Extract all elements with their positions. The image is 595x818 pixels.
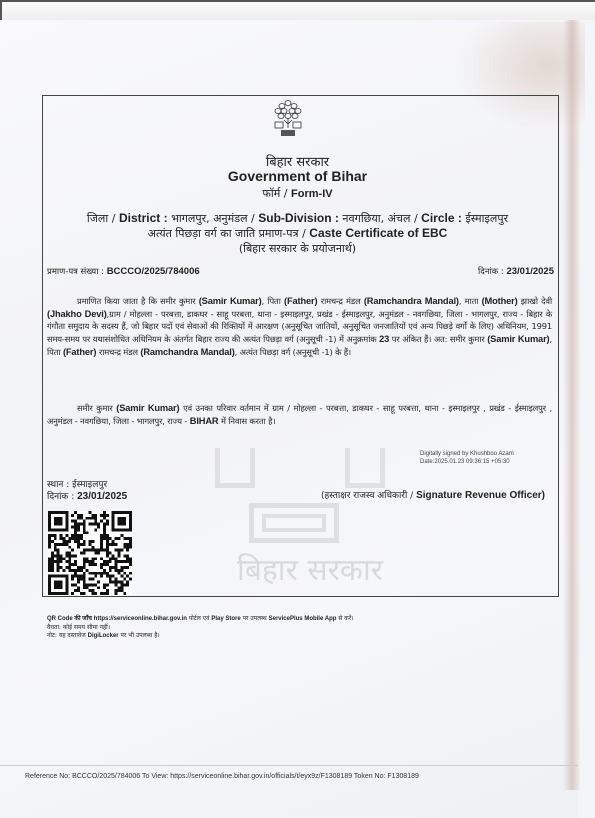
bold-text: (Ramchandra Mandal) bbox=[140, 347, 234, 357]
certificate-purpose: (बिहार सरकार के प्रयोजनार्थ) bbox=[0, 241, 595, 256]
issue-date: दिनांक : 23/01/2025 bbox=[47, 491, 127, 503]
bold-text: (Samir Kumar) bbox=[116, 403, 179, 413]
district-label: District : bbox=[119, 211, 168, 225]
watermark-text: बिहार सरकार bbox=[185, 548, 435, 589]
signature-caption-english: Signature Revenue Officer) bbox=[416, 490, 545, 501]
certificate-number: प्रमाण-पत्र संख्या : BCCCO/2025/784006 bbox=[47, 266, 200, 277]
digital-signature-signer: Digitally signed by Khushboo Azam bbox=[420, 450, 514, 458]
location-line: जिला / District : भागलपुर, अनुमंडल / Sub… bbox=[0, 211, 595, 226]
watermark-emblem-icon bbox=[249, 503, 339, 543]
certificate-title: अत्यंत पिछड़ा वर्ग का जाति प्रमाण-पत्र /… bbox=[0, 226, 595, 241]
body-text: , अत्यंत पिछड़ा वर्ग (अनुसूची -1) के हैं… bbox=[235, 347, 351, 357]
digilocker-note: नोट: यह दस्तावेज DigiLocker पर भी उपलब्ध… bbox=[47, 632, 354, 641]
form-label-hindi: फॉर्म / bbox=[262, 187, 287, 200]
certificate-date-label: दिनांक : bbox=[478, 267, 504, 277]
signature-caption: (हस्ताक्षर राजस्व अधिकारी / Signature Re… bbox=[321, 488, 545, 501]
footer-reference: Reference No: BCCCO/2025/784006 To View:… bbox=[25, 773, 419, 780]
form-label-english: Form-IV bbox=[291, 188, 333, 200]
watermark-swastika-left-icon bbox=[215, 448, 255, 488]
gov-english-title: Government of Bihar bbox=[0, 168, 595, 184]
issue-date-value: 23/01/2025 bbox=[77, 491, 127, 502]
bold-text: (Father) bbox=[63, 347, 96, 357]
certificate-reference-line: प्रमाण-पत्र संख्या : BCCCO/2025/784006 द… bbox=[47, 266, 554, 277]
certificate-number-value: BCCCO/2025/784006 bbox=[107, 266, 200, 277]
certificate-title-english: Caste Certificate of EBC bbox=[309, 226, 447, 240]
certificate-title-hindi: अत्यंत पिछड़ा वर्ग का जाति प्रमाण-पत्र / bbox=[148, 227, 306, 240]
body-text: में निवास करता है। bbox=[218, 416, 275, 426]
signature-caption-hindi: (हस्ताक्षर राजस्व अधिकारी / bbox=[321, 491, 413, 501]
certificate-date-value: 23/01/2025 bbox=[506, 266, 554, 277]
digilocker-note-post: पर भी उपलब्ध है। bbox=[119, 632, 160, 639]
issue-date-label: दिनांक : bbox=[47, 492, 74, 502]
circle-label: Circle : bbox=[421, 211, 462, 225]
torn-paper-edge bbox=[563, 20, 581, 790]
digilocker-note-pre: नोट: यह दस्तावेज bbox=[47, 632, 88, 639]
district-label-hindi: जिला / bbox=[87, 212, 116, 225]
body-text: समीर कुमार bbox=[77, 403, 116, 413]
bold-text: (Ramchandra Mandal) bbox=[364, 296, 459, 306]
validity-note: वैधता: कोई समय सीमा नहीं। bbox=[47, 624, 354, 633]
subdivision-label: Sub-Division : bbox=[258, 211, 339, 225]
qr-note-mid: पोर्टल एवं bbox=[187, 615, 211, 622]
qr-code-icon[interactable] bbox=[48, 511, 132, 595]
verification-notes: QR Code की जाँच https://serviceonline.bi… bbox=[47, 615, 354, 641]
form-number: फॉर्म / Form-IV bbox=[0, 186, 595, 201]
certificate-number-label: प्रमाण-पत्र संख्या : bbox=[47, 267, 104, 277]
bold-text: BIHAR bbox=[190, 416, 219, 426]
certification-paragraph: प्रमाणित किया जाता है कि समीर कुमार (Sam… bbox=[47, 295, 552, 359]
bihar-emblem-icon bbox=[270, 98, 306, 138]
bold-text: 23 bbox=[379, 334, 389, 344]
place-date-block: स्थान : ईस्माइलपुर दिनांक : 23/01/2025 bbox=[47, 479, 127, 503]
body-text: , माता bbox=[459, 296, 482, 306]
certificate-date: दिनांक : 23/01/2025 bbox=[478, 266, 554, 277]
scan-top-edge bbox=[0, 0, 595, 20]
body-text: रामचन्द्र मंडल bbox=[317, 296, 363, 306]
serviceplus-app-text: ServicePlus Mobile App bbox=[269, 616, 337, 622]
play-store-text: Play Store bbox=[211, 616, 240, 622]
digilocker-text: DigiLocker bbox=[88, 633, 119, 639]
qr-note-pre: QR Code की जाँच bbox=[47, 616, 94, 622]
bold-text: (Jhakho Devi) bbox=[47, 309, 107, 319]
bold-text: (Father) bbox=[284, 296, 317, 306]
qr-note-post: से करें। bbox=[336, 615, 353, 622]
place: स्थान : ईस्माइलपुर bbox=[47, 479, 127, 491]
place-label: स्थान : bbox=[47, 480, 69, 490]
place-value: ईस्माइलपुर bbox=[72, 480, 107, 490]
body-text: प्रमाणित किया जाता है कि समीर कुमार bbox=[77, 296, 199, 306]
district-value: भागलपुर, अनुमंडल / bbox=[171, 212, 255, 225]
residence-paragraph: समीर कुमार (Samir Kumar) एवं उनका परिवार… bbox=[47, 402, 552, 427]
bold-text: (Samir Kumar) bbox=[199, 296, 262, 306]
qr-note-mid2: पर उपलब्ध bbox=[241, 615, 269, 622]
body-text: , पिता bbox=[262, 296, 284, 306]
circle-value: ईस्माइलपुर bbox=[465, 212, 508, 225]
qr-verification-note: QR Code की जाँच https://serviceonline.bi… bbox=[47, 615, 354, 624]
watermark-swastika-right-icon bbox=[345, 448, 385, 488]
body-text: पर अंकित हैं। अत: समीर कुमार bbox=[389, 334, 487, 344]
digital-signature: Digitally signed by Khushboo Azam Date:2… bbox=[420, 450, 514, 466]
body-text: रामचन्द्र मंडल bbox=[96, 347, 140, 357]
bold-text: (Mother) bbox=[482, 296, 518, 306]
digital-signature-date: Date:2025.01.23 09:36:15 +05:30 bbox=[420, 458, 514, 466]
body-text: झाखो देवी bbox=[518, 296, 552, 306]
verification-url-link[interactable]: https://serviceonline.bihar.gov.in bbox=[94, 616, 187, 622]
subdivision-value: नवगछिया, अंचल / bbox=[342, 212, 417, 225]
footer-divider bbox=[0, 765, 578, 766]
bold-text: (Samir Kumar) bbox=[487, 334, 549, 344]
